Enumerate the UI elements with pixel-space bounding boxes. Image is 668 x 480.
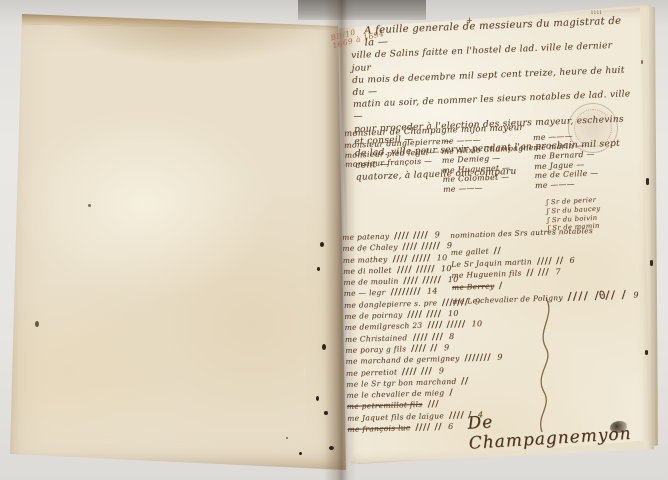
tally-count: 10	[468, 319, 482, 328]
tally-marks: //	[492, 246, 501, 256]
tally-row-label: me petremillot fils	[347, 400, 423, 411]
tally-count: 6	[445, 422, 454, 431]
tally-marks: //// /////	[391, 253, 431, 264]
tally-marks: ///////	[463, 353, 491, 364]
tally-row-label: me le Sr tgr bon marchand	[346, 377, 457, 389]
tally-marks: /	[498, 281, 503, 291]
tally-count: 10	[438, 264, 452, 273]
archive-stamp	[568, 103, 618, 153]
tally-row-label: me le chevalier de mieg	[346, 388, 444, 400]
tally-row-label: me patenay	[342, 232, 389, 242]
tally-marks: //// /////	[426, 320, 466, 331]
tally-row-label: me françois luc	[347, 423, 410, 434]
tally-row-label: me danglepierre s. pre	[344, 298, 438, 310]
tally-list-right: nomination des Srs autres notables me ga…	[450, 224, 662, 306]
attendee-item: me ———	[535, 178, 618, 191]
tally-marks: /	[448, 388, 453, 398]
tally-row-label: me poray g fils	[345, 344, 406, 355]
folio-mark: ıııı	[591, 9, 603, 16]
tally-row-label: me mathey	[343, 254, 388, 264]
tally-marks: ////////	[389, 287, 421, 298]
tally-marks: //// ///	[411, 332, 443, 343]
tally-row-label: me — legr	[344, 288, 386, 298]
tally-row-label: Le Sr Jaquin martin	[451, 257, 532, 269]
tally-marks: //// /////	[402, 275, 442, 286]
tally-marks: //// ///	[401, 366, 433, 377]
tally-marks: //	[460, 376, 469, 386]
tally-row-label: me demilgresch 23	[345, 321, 423, 332]
tally-row-label: me de poirnay	[344, 310, 403, 321]
tally-marks: //// /0// /	[566, 288, 627, 303]
tally-marks: ///	[426, 400, 439, 410]
tally-count: 14	[424, 287, 438, 296]
tally-marks: //// ////	[406, 309, 442, 320]
tally-marks: //// ////	[393, 231, 429, 242]
tally-row-label: me de Chaley	[342, 243, 398, 254]
tally-marks: //// //	[414, 422, 442, 433]
tally-marks: //// //	[410, 343, 438, 354]
tally-row-label: me Jaquet fils de laigue	[347, 411, 444, 423]
ink-squiggle	[524, 296, 574, 436]
tally-count: 6	[566, 255, 575, 264]
tally-count: 9	[630, 291, 639, 300]
tally-marks: //// /////	[395, 264, 435, 275]
tally-count: 7	[552, 267, 561, 276]
tally-row-label: me perretiot	[346, 367, 398, 377]
tally-count: 10	[445, 309, 459, 318]
tally-row-label: me Christained	[345, 333, 408, 344]
tally-count: 10	[434, 253, 448, 262]
tally-marks: //// /////	[401, 242, 441, 253]
attendees-col-2: me ——— me Alixio Champagne me Demieg — m…	[441, 133, 535, 194]
right-page-content: BB/10 1669 à 1694 + ıııı A feuille gener…	[0, 0, 668, 480]
tally-row-label: me marchand de germigney	[345, 354, 459, 366]
tally-row-label: me Berrey	[452, 281, 495, 291]
tally-count: 9	[432, 230, 441, 239]
tally-marks: //// //	[535, 256, 563, 267]
tally-row-label: me Huguenin fils	[451, 269, 521, 280]
tally-row-label: me di nollet	[343, 266, 392, 276]
manuscript-scan: BB/10 1669 à 1694 + ıııı A feuille gener…	[0, 0, 668, 480]
tally-count: 9	[441, 343, 450, 352]
tally-count: 9	[494, 353, 503, 362]
tally-row-label: me de moulin	[343, 277, 398, 288]
tally-count: 9	[436, 366, 445, 375]
tally-marks: // ///	[525, 268, 549, 279]
tally-row-label: me gallet	[451, 247, 489, 257]
attendees-col-1: monsieur danglepierre — monsieur pied le…	[344, 137, 443, 199]
tally-count: 8	[446, 332, 455, 341]
